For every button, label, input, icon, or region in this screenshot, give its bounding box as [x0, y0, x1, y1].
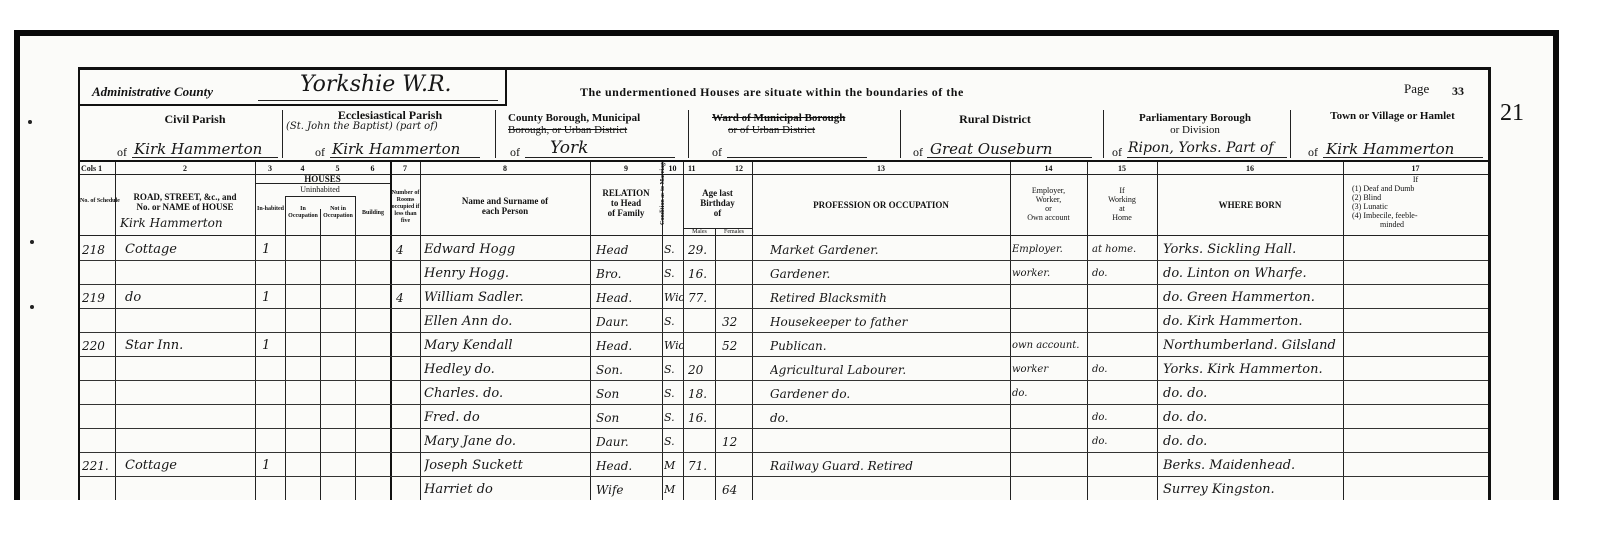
row-divider: [80, 404, 1488, 405]
employment-status: worker: [1012, 360, 1087, 380]
occupation: do.: [770, 408, 1008, 428]
scan-border-right: [1553, 30, 1559, 538]
working-at-home: do.: [1092, 264, 1157, 284]
working-at-home: do.: [1092, 360, 1157, 380]
margin-speck: [30, 305, 34, 309]
col-header-employer-1: Employer,: [1010, 186, 1087, 195]
parliamentary-prefix: of: [1112, 145, 1122, 160]
divider: [688, 110, 689, 158]
marital-condition: Wid.: [664, 336, 683, 356]
relation: Son: [596, 408, 662, 428]
margin-speck: [30, 240, 34, 244]
col-number-12: 12: [735, 164, 743, 173]
where-born: Surrey Kingston.: [1163, 480, 1343, 500]
divider: [282, 110, 283, 158]
person-name: Charles. do.: [424, 384, 590, 404]
relation: Son.: [596, 360, 662, 380]
person-name: Joseph Suckett: [424, 456, 590, 476]
col-header-infirm-5: minded: [1380, 220, 1404, 229]
parliamentary-label-2: or Division: [1110, 124, 1280, 136]
age-male: 77.: [688, 288, 715, 308]
marital-condition: M: [664, 480, 683, 500]
row-divider: [80, 356, 1488, 357]
divider: [1290, 110, 1291, 158]
col-header-condition: Condition as to Marriage: [660, 173, 667, 225]
marital-condition: S.: [664, 408, 683, 428]
ecclesiastical-parish-value: Kirk Hammerton: [332, 140, 460, 158]
county-borough-label-2: Borough, or Urban District: [508, 124, 627, 136]
col-header-age-2: Birthday: [683, 198, 752, 208]
col-header-home-1: If: [1087, 186, 1157, 195]
col-line: [355, 196, 356, 500]
parliamentary-label-1: Parliamentary Borough: [1110, 112, 1280, 124]
col-header-uninhabited: Uninhabited: [285, 185, 355, 194]
schedule-number: 219: [82, 288, 115, 308]
row-divider: [80, 428, 1488, 429]
col-number-6: 6: [355, 164, 390, 173]
col-header-infirm-4: (4) Imbecile, feeble-: [1352, 211, 1418, 220]
relation: Head.: [596, 336, 662, 356]
parliamentary-value: Ripon, Yorks. Part of: [1128, 140, 1274, 156]
col-number-5: 5: [320, 164, 355, 173]
schedule-number: 220: [82, 336, 115, 356]
age-female: 64: [722, 480, 752, 500]
col-header-road-1: ROAD, STREET, &c., and: [115, 192, 255, 202]
col-header-road-2: No. or NAME of HOUSE: [115, 202, 255, 212]
marital-condition: S.: [664, 240, 683, 260]
ecclesiastical-parish-note: (St. John the Baptist) (part of): [286, 121, 438, 132]
col-header-building: Building: [356, 210, 390, 217]
marital-condition: S.: [664, 432, 683, 452]
occupation: Gardener.: [770, 264, 1008, 284]
inhabited-count: 1: [262, 240, 282, 260]
relation: Wife: [596, 480, 662, 500]
underline: [525, 157, 675, 158]
underline: [1127, 157, 1287, 158]
employment-status: do.: [1012, 384, 1087, 404]
header-bottom-divider: [80, 235, 1488, 236]
age-female: 32: [722, 312, 752, 332]
col-header-employer-4: Own account: [1010, 213, 1087, 222]
sheet-number: 21: [1500, 100, 1524, 127]
occupation: Publican.: [770, 336, 1008, 356]
col-header-relation-3: of Family: [590, 208, 662, 218]
marital-condition: S.: [664, 384, 683, 404]
occupation: Market Gardener.: [770, 240, 1008, 260]
scan-bottom-margin: [14, 500, 1559, 538]
col-header-employer-3: or: [1010, 204, 1087, 213]
col-line: [285, 196, 286, 500]
house-name: Cottage: [125, 456, 255, 476]
row-divider: [80, 308, 1488, 309]
col-line: [715, 228, 716, 500]
row-divider: [80, 332, 1488, 333]
civil-parish-label: Civil Parish: [120, 112, 270, 127]
person-name: William Sadler.: [424, 288, 590, 308]
col-header-houses: HOUSES: [255, 174, 390, 184]
age-male: 29.: [688, 240, 715, 260]
where-born: Yorks. Sickling Hall.: [1163, 240, 1343, 260]
col-number-16: 16: [1157, 164, 1343, 173]
person-name: Hedley do.: [424, 360, 590, 380]
age-female: 52: [722, 336, 752, 356]
col-header-occupation: PROFESSION OR OCCUPATION: [752, 200, 1010, 210]
where-born: Yorks. Kirk Hammerton.: [1163, 360, 1343, 380]
boundaries-statement: The undermentioned Houses are situate wi…: [580, 85, 964, 100]
house-name: Star Inn.: [125, 336, 255, 356]
col-number-13: 13: [752, 164, 1010, 173]
relation: Head: [596, 240, 662, 260]
marital-condition: S.: [664, 264, 683, 284]
where-born: do. Linton on Wharfe.: [1163, 264, 1343, 284]
town-village-value: Kirk Hammerton: [1326, 140, 1454, 158]
person-name: Fred. do: [424, 408, 590, 428]
schedule-number: 218: [82, 240, 115, 260]
col-number-11: 11: [688, 164, 696, 173]
where-born: do. do.: [1163, 384, 1343, 404]
col-header-age-3: of: [683, 208, 752, 218]
town-village-prefix: of: [1308, 145, 1318, 160]
age-male: 18.: [688, 384, 715, 404]
rural-district-prefix: of: [913, 145, 923, 160]
margin-speck: [28, 120, 32, 124]
occupation: Retired Blacksmith: [770, 288, 1008, 308]
county-borough-value: York: [550, 138, 588, 158]
col-header-relation-1: RELATION: [590, 188, 662, 198]
person-name: Harriet do: [424, 480, 590, 500]
scan-top-margin: [0, 0, 1599, 34]
marital-condition: Wid.: [664, 288, 683, 308]
where-born: do. Green Hammerton.: [1163, 288, 1343, 308]
where-born: Northumberland. Gilsland: [1163, 336, 1343, 356]
page-label: Page: [1404, 81, 1429, 97]
col-header-home-2: Working: [1087, 195, 1157, 204]
col-number-15: 15: [1087, 164, 1157, 173]
person-name: Ellen Ann do.: [424, 312, 590, 332]
age-male: 20: [688, 360, 715, 380]
col-header-infirm-3: (3) Lunatic: [1352, 202, 1388, 211]
col-header-rooms: Number of Rooms occupied if less than fi…: [391, 190, 420, 225]
marital-condition: M: [664, 456, 683, 476]
occupation: Agricultural Labourer.: [770, 360, 1008, 380]
ward-value-underline: [727, 157, 867, 158]
marital-condition: S.: [664, 360, 683, 380]
rooms-count: 4: [396, 288, 416, 308]
col-header-name-1: Name and Surname of: [420, 196, 590, 206]
col-header-road-handwritten: Kirk Hammerton: [120, 216, 223, 230]
occupation: Housekeeper to father: [770, 312, 1008, 332]
where-born: do. Kirk Hammerton.: [1163, 312, 1343, 332]
person-name: Henry Hogg.: [424, 264, 590, 284]
civil-parish-prefix: of: [117, 145, 127, 160]
uninhabited-divider: [285, 196, 355, 197]
col-line: [752, 162, 753, 500]
working-at-home: at home.: [1092, 240, 1157, 260]
civil-parish-value: Kirk Hammerton: [134, 140, 262, 158]
page-number: 33: [1452, 84, 1464, 99]
row-divider: [80, 380, 1488, 381]
age-male: 16.: [688, 264, 715, 284]
row-divider: [80, 284, 1488, 285]
relation: Son: [596, 384, 662, 404]
employment-status: own account.: [1012, 336, 1087, 356]
person-name: Mary Jane do.: [424, 432, 590, 452]
house-name: do: [125, 288, 255, 308]
col-number-2: 2: [115, 164, 255, 173]
col-header-not-in-occupation: Not in Occupation: [321, 206, 355, 220]
col-header-relation-2: to Head: [590, 198, 662, 208]
ecclesiastical-parish-prefix: of: [315, 145, 325, 160]
rural-district-value: Great Ouseburn: [930, 140, 1052, 158]
table-right-border: [1488, 67, 1491, 500]
occupation: Gardener do.: [770, 384, 1008, 404]
town-village-label: Town or Village or Hamlet: [1300, 110, 1485, 122]
person-name: Edward Hogg: [424, 240, 590, 260]
ward-label-2: or of Urban District: [728, 124, 815, 136]
col-header-home-4: Home: [1087, 213, 1157, 222]
col-number-14: 14: [1010, 164, 1087, 173]
col-header-infirm-if: If: [1343, 175, 1488, 184]
age-male: 16.: [688, 408, 715, 428]
person-name: Mary Kendall: [424, 336, 590, 356]
row-divider: [80, 476, 1488, 477]
administrative-county-label: Administrative County: [92, 84, 213, 100]
occupation: Railway Guard. Retired: [770, 456, 1008, 476]
employment-status: Employer.: [1012, 240, 1087, 260]
col-number-8: 8: [420, 164, 590, 173]
col-header-schedule: No. of Schedule: [80, 198, 115, 205]
col-header-employer-2: Worker,: [1010, 195, 1087, 204]
age-female: 12: [722, 432, 752, 452]
col-header-infirm-1: (1) Deaf and Dumb: [1352, 184, 1414, 193]
col-line: [320, 209, 321, 500]
house-name: Cottage: [125, 240, 255, 260]
inhabited-count: 1: [262, 456, 282, 476]
relation: Head.: [596, 456, 662, 476]
relation: Head.: [596, 288, 662, 308]
where-born: do. do.: [1163, 432, 1343, 452]
row-divider: [80, 260, 1488, 261]
relation: Daur.: [596, 432, 662, 452]
col-line: [1157, 162, 1158, 500]
divider: [1103, 110, 1104, 158]
county-borough-label-1: County Borough, Municipal: [508, 112, 640, 124]
header-divider: [80, 160, 1488, 162]
schedule-number: 221.: [82, 456, 115, 476]
col-header-in-occupation: In Occupation: [286, 206, 320, 220]
marital-condition: S.: [664, 312, 683, 332]
inhabited-count: 1: [262, 336, 282, 356]
relation: Bro.: [596, 264, 662, 284]
relation: Daur.: [596, 312, 662, 332]
where-born: Berks. Maidenhead.: [1163, 456, 1343, 476]
employment-status: worker.: [1012, 264, 1087, 284]
col-header-infirm-2: (2) Blind: [1352, 193, 1381, 202]
divider: [900, 110, 901, 158]
ward-label-1: Ward of Municipal Borough: [712, 112, 845, 124]
col-header-inhabited: In-habited: [256, 206, 285, 213]
col-line: [1343, 162, 1344, 500]
col-number-4: 4: [285, 164, 320, 173]
col-number-7: 7: [390, 164, 420, 173]
working-at-home: do.: [1092, 408, 1157, 428]
working-at-home: do.: [1092, 432, 1157, 452]
inhabited-count: 1: [262, 288, 282, 308]
col-header-age-1: Age last: [683, 188, 752, 198]
col-line: [115, 162, 116, 500]
age-male: 71.: [688, 456, 715, 476]
col-header-home-3: at: [1087, 204, 1157, 213]
rooms-count: 4: [396, 240, 416, 260]
row-divider: [80, 452, 1488, 453]
col-number-3: 3: [255, 164, 285, 173]
where-born: do. do.: [1163, 408, 1343, 428]
county-borough-prefix: of: [510, 145, 520, 160]
col-header-name-2: each Person: [420, 206, 590, 216]
divider: [495, 110, 496, 158]
ward-prefix: of: [712, 145, 722, 160]
administrative-county-value: Yorkshie W.R.: [300, 72, 452, 97]
col-header-where-born: WHERE BORN: [1157, 200, 1343, 210]
administrative-county-underline: [258, 100, 498, 101]
col-number-17: 17: [1343, 164, 1488, 173]
col-number-1: Cols 1: [81, 164, 102, 173]
rural-district-label: Rural District: [920, 112, 1070, 127]
col-number-9: 9: [590, 164, 662, 173]
